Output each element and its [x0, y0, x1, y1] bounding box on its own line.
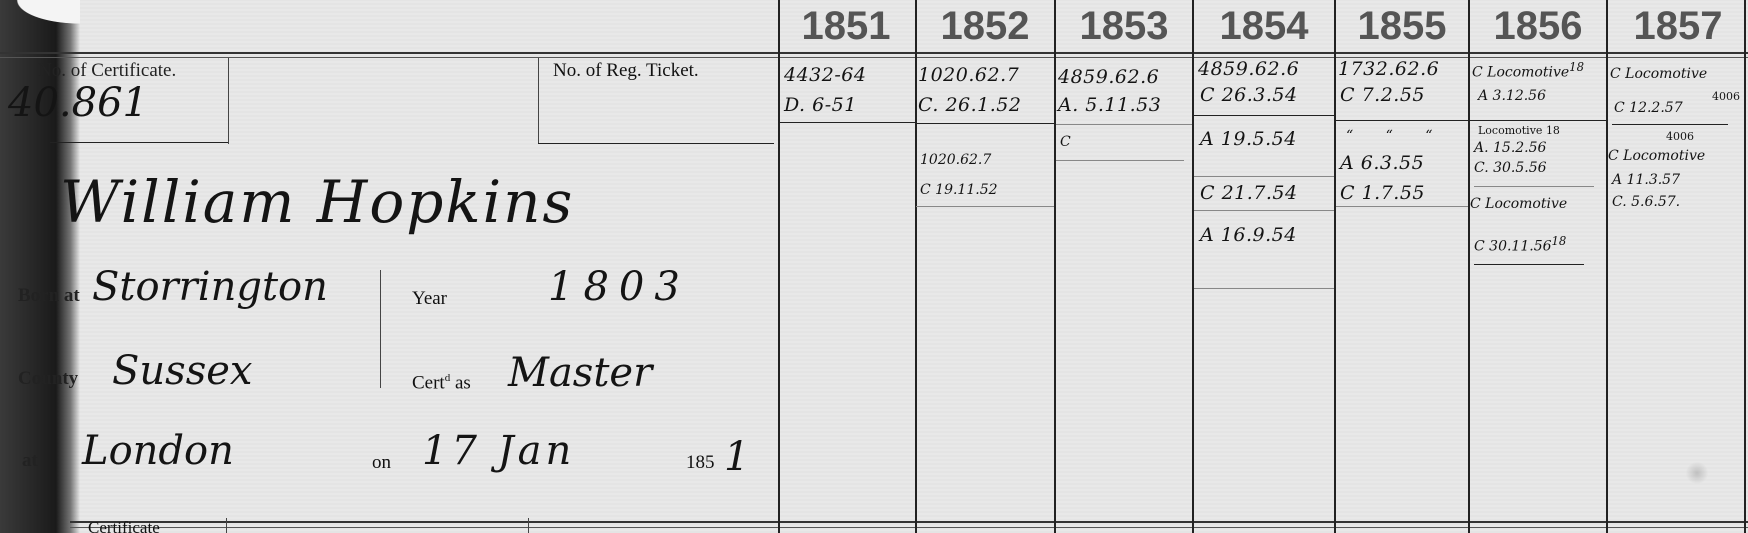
- cert-box-divider: [228, 58, 229, 144]
- column-rule-1852: [915, 0, 917, 533]
- ticket-box-bottom: [538, 143, 774, 144]
- entry-1852-2: 1020.62.7: [920, 152, 991, 168]
- entry-1854-0: 4859.62.6: [1198, 58, 1299, 80]
- year-header-1856: 1856: [1470, 4, 1606, 48]
- entry-1851-0: 4432-64: [784, 64, 866, 86]
- entry-1857-0: C Locomotive: [1610, 66, 1707, 82]
- entry-1857-2: 4006: [1666, 130, 1694, 143]
- issued-at-value: London: [82, 428, 234, 474]
- underline-1855-b: [1336, 206, 1468, 207]
- year-header-1853: 1853: [1056, 4, 1192, 48]
- certified-as-value: Master: [508, 350, 652, 396]
- born-at-label: Born at: [18, 285, 80, 307]
- year-header-1854: 1854: [1194, 4, 1334, 48]
- birth-year-value: 1803: [548, 264, 690, 310]
- born-at-value: Storrington: [92, 264, 328, 310]
- entry-1856-4: C. 30.5.56: [1474, 160, 1547, 176]
- entry-1857-1: C 12.2.57: [1614, 100, 1683, 116]
- register-page: 1851 1852 1853 1854 1855 1856 1857 No. o…: [0, 0, 1748, 533]
- column-rule-1856: [1468, 0, 1470, 533]
- entry-1857-3: C Locomotive: [1608, 148, 1705, 164]
- year-header-1851: 1851: [780, 4, 912, 48]
- next-ticket-divider: [528, 518, 529, 533]
- entry-1856-0: C Locomotive18: [1472, 60, 1584, 81]
- header-rule-top: [0, 52, 1748, 54]
- underline-1851: [780, 122, 915, 123]
- entry-1855-0: 1732.62.6: [1338, 58, 1439, 80]
- column-rule-1853: [1054, 0, 1056, 533]
- entry-1851-1: D. 6-51: [784, 94, 857, 116]
- footer-rule-second: [70, 527, 1748, 528]
- cert-box-bottom: [50, 142, 228, 143]
- underline-1854-a: [1194, 115, 1334, 116]
- entry-1856-3: A. 15.2.56: [1474, 140, 1546, 156]
- year-header-1857: 1857: [1608, 4, 1748, 48]
- underline-1856-b: [1474, 186, 1594, 187]
- underline-1854-c: [1194, 210, 1334, 211]
- certificate-number-value: 40.861: [8, 80, 148, 126]
- issued-on-value: 17 Jan: [422, 428, 575, 474]
- entry-1854-3: C 21.7.54: [1200, 182, 1298, 204]
- column-rule-1851: [778, 0, 780, 533]
- entry-1856-6: C 30.11.5618: [1474, 234, 1566, 255]
- scan-artifact: [1685, 462, 1709, 484]
- underline-1852-a: [916, 123, 1054, 124]
- entry-1854-4: A 16.9.54: [1200, 224, 1297, 246]
- column-rule-end: [1744, 0, 1746, 533]
- footer-rule-top: [70, 521, 1748, 523]
- entry-1857-5: C. 5.6.57.: [1612, 194, 1680, 210]
- entry-1856-2: Locomotive 18: [1478, 124, 1560, 137]
- entry-1857-4: A 11.3.57: [1612, 172, 1680, 188]
- person-name: William Hopkins: [60, 168, 574, 236]
- column-rule-1854: [1192, 0, 1194, 533]
- underline-1856-c: [1474, 264, 1584, 265]
- year-label: Year: [412, 288, 447, 310]
- entry-1855-4: C 1.7.55: [1340, 182, 1425, 204]
- entry-1853-0: 4859.62.6: [1058, 66, 1159, 88]
- column-rule-1855: [1334, 0, 1336, 533]
- year-header-1855: 1855: [1336, 4, 1468, 48]
- certificate-number-label: No. of Certificate.: [38, 60, 176, 82]
- page-corner: [0, 0, 80, 30]
- entry-1853-1: A. 5.11.53: [1058, 94, 1161, 116]
- underline-1852-b: [916, 206, 1054, 207]
- entry-1852-3: C 19.11.52: [920, 182, 998, 198]
- header-rule-second: [0, 57, 1748, 58]
- column-rule-1857: [1606, 0, 1608, 533]
- underline-1857-a: [1612, 124, 1728, 125]
- entry-1856-1: A 3.12.56: [1478, 88, 1546, 104]
- year-prefix-printed: 185: [686, 452, 715, 474]
- entry-1852-0: 1020.62.7: [918, 64, 1019, 86]
- entry-1852-1: C. 26.1.52: [918, 94, 1021, 116]
- certd-as-label: Certd as: [412, 372, 471, 394]
- underline-1854-b: [1194, 176, 1334, 177]
- entry-1853-2: C: [1060, 134, 1071, 150]
- entry-1855-3: A 6.3.55: [1340, 152, 1424, 174]
- issued-year-digit: 1: [724, 434, 749, 480]
- entry-1855-2: “ “ “: [1346, 128, 1446, 144]
- on-label: on: [372, 452, 391, 474]
- entry-1856-5: C Locomotive: [1470, 196, 1567, 212]
- reg-ticket-label: No. of Reg. Ticket.: [553, 60, 699, 82]
- underline-1856-a: [1470, 120, 1606, 121]
- underline-1854-d: [1194, 288, 1334, 289]
- birth-divider: [380, 270, 381, 388]
- underline-1853-a: [1056, 124, 1192, 125]
- underline-1855-a: [1336, 120, 1468, 121]
- county-value: Sussex: [112, 348, 252, 394]
- entry-1854-2: A 19.5.54: [1200, 128, 1297, 150]
- year-header-1852: 1852: [916, 4, 1054, 48]
- entry-1855-1: C 7.2.55: [1340, 84, 1425, 106]
- next-certificate-label: Certificate: [88, 518, 160, 533]
- next-cert-divider: [226, 518, 227, 533]
- entry-1854-1: C 26.3.54: [1200, 84, 1298, 106]
- ticket-box-left: [538, 58, 539, 144]
- entry-1857-0-sup: 4006: [1712, 90, 1740, 103]
- at-label: at: [22, 450, 38, 472]
- underline-1853-b: [1056, 160, 1184, 161]
- county-label: County: [18, 368, 78, 390]
